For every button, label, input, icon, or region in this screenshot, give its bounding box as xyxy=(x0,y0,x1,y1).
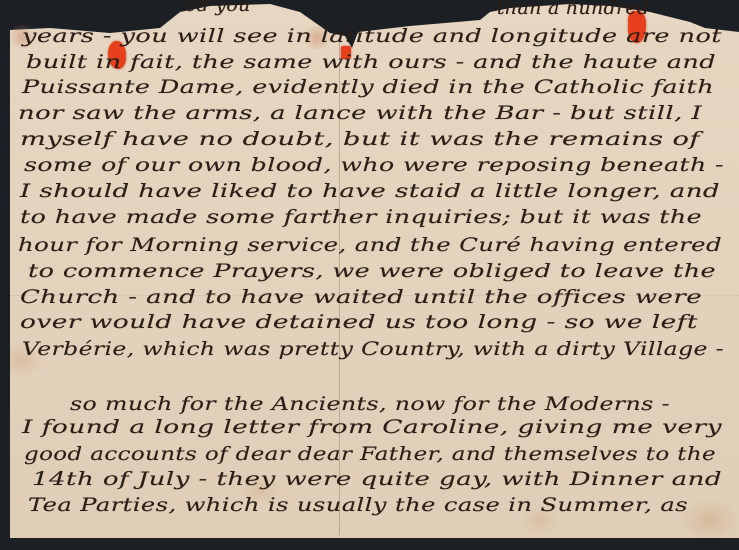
text-line: Church - and to have waited until the of… xyxy=(20,286,702,308)
top-fragment: than a hundred xyxy=(497,0,649,19)
text-line: built in fait, the same with ours - and … xyxy=(26,51,716,73)
text-line: to have made some farther inquiries; but… xyxy=(20,206,702,228)
text-line: I should have liked to have staid a litt… xyxy=(20,180,720,202)
text-line: over would have detained us too long - s… xyxy=(20,311,698,333)
text-line: Verbérie, which was pretty Country, with… xyxy=(22,338,724,360)
handwritten-text: ed you than a hundred years - you will s… xyxy=(0,0,739,550)
text-line: some of our own blood, who were reposing… xyxy=(24,154,724,176)
text-line: Puissante Dame, evidently died in the Ca… xyxy=(22,76,714,98)
text-line: good accounts of dear dear Father, and t… xyxy=(24,443,716,465)
text-line: to commence Prayers, we were obliged to … xyxy=(28,260,716,282)
text-line: years - you will see in latitude and lon… xyxy=(22,25,722,47)
text-line: nor saw the arms, a lance with the Bar -… xyxy=(18,102,702,124)
text-line: 14th of July - they were quite gay, with… xyxy=(32,468,722,490)
text-line: Tea Parties, which is usually the case i… xyxy=(28,494,688,516)
text-line: myself have no doubt, but it was the rem… xyxy=(20,128,700,150)
text-line: hour for Morning service, and the Curé h… xyxy=(18,234,722,256)
text-line: I found a long letter from Caroline, giv… xyxy=(22,416,722,438)
top-fragment: ed you xyxy=(185,0,251,16)
text-line: so much for the Ancients, now for the Mo… xyxy=(70,393,670,415)
